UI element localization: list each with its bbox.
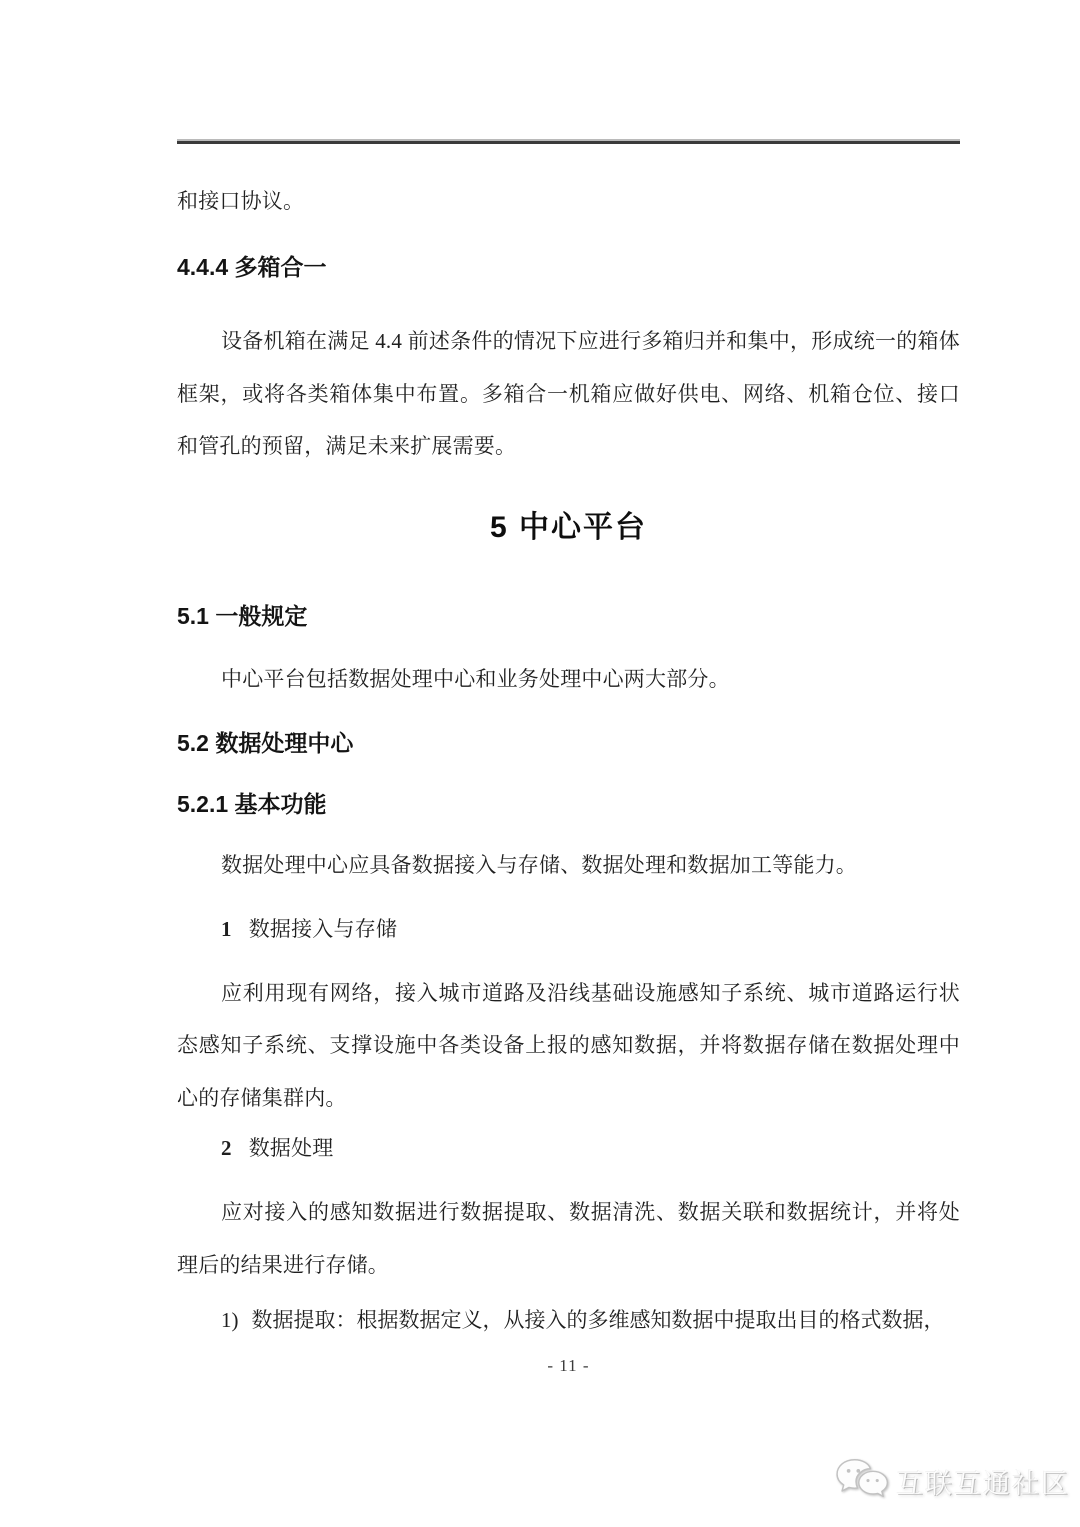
page-number: - 11 - <box>177 1356 960 1376</box>
list-item-1: 1数据接入与存储 <box>177 914 960 944</box>
list-item-2-number: 2 <box>221 1136 232 1160</box>
heading-5-2: 5.2 数据处理中心 <box>177 728 960 758</box>
paragraph-4-4-4: 设备机箱在满足 4.4 前述条件的情况下应进行多箱归并和集中，形成统一的箱体框架… <box>177 315 960 473</box>
watermark-text: 互联互通社区 <box>896 1462 1070 1501</box>
list-item-1-label: 数据接入与存储 <box>249 917 397 941</box>
heading-5-2-1: 5.2.1 基本功能 <box>177 789 960 819</box>
paragraph-5-1: 中心平台包括数据处理中心和业务处理中心两大部分。 <box>177 653 960 706</box>
header-rule <box>177 141 960 144</box>
paragraph-5-2-1: 数据处理中心应具备数据接入与存储、数据处理和数据加工等能力。 <box>177 839 960 892</box>
list-item-2-label: 数据处理 <box>249 1136 334 1160</box>
chapter-heading-5: 5 中心平台 <box>177 505 960 551</box>
document-page: 和接口协议。 4.4.4 多箱合一 设备机箱在满足 4.4 前述条件的情况下应进… <box>177 0 960 1335</box>
paragraph-item-2: 应对接入的感知数据进行数据提取、数据清洗、数据关联和数据统计，并将处理后的结果进… <box>177 1186 960 1291</box>
subitem-1-number: 1) <box>221 1308 239 1332</box>
heading-4-4-4: 4.4.4 多箱合一 <box>177 252 960 282</box>
paragraph-continuation: 和接口协议。 <box>177 186 960 216</box>
heading-5-1: 5.1 一般规定 <box>177 601 960 631</box>
list-item-2: 2数据处理 <box>177 1133 960 1163</box>
subitem-1-text: 数据提取：根据数据定义，从接入的多维感知数据中提取出目的格式数据， <box>252 1308 945 1332</box>
list-item-1-number: 1 <box>221 917 232 941</box>
paragraph-item-1: 应利用现有网络，接入城市道路及沿线基础设施感知子系统、城市道路运行状态感知子系统… <box>177 967 960 1125</box>
numbered-subitem-1: 1)数据提取：根据数据定义，从接入的多维感知数据中提取出目的格式数据， <box>177 1305 960 1335</box>
watermark: 互联互通社区 <box>834 1457 1070 1505</box>
wechat-chat-bubbles-icon <box>834 1457 890 1505</box>
